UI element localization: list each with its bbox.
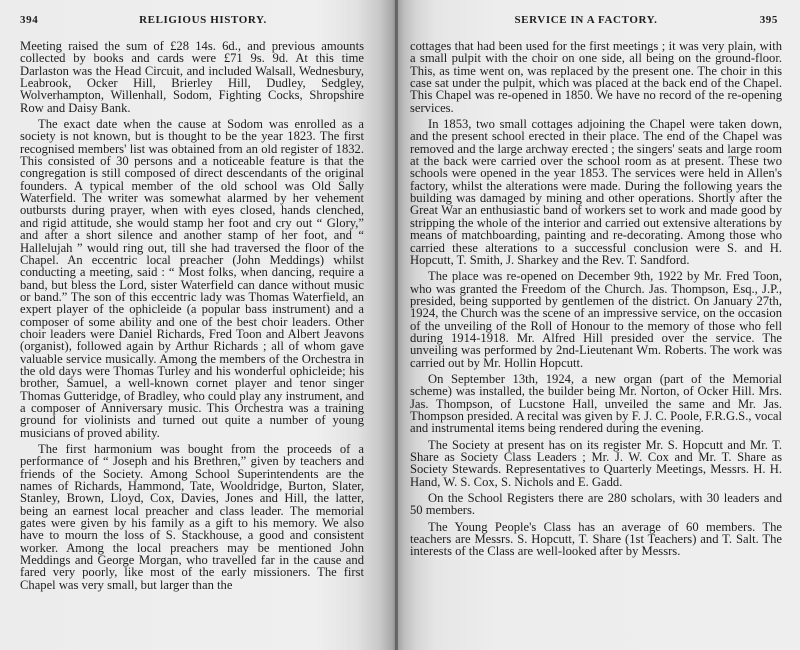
left-page: 394 RELIGIOUS HISTORY. Meeting raised th… <box>0 0 396 650</box>
paragraph: The Society at present has on its regist… <box>410 439 782 488</box>
paragraph: On the School Registers there are 280 sc… <box>410 492 782 517</box>
book-spread: 394 RELIGIOUS HISTORY. Meeting raised th… <box>0 0 800 650</box>
paragraph: Meeting raised the sum of £28 14s. 6d., … <box>20 40 366 114</box>
running-header-right: SERVICE IN A FACTORY. 395 <box>410 14 782 34</box>
paragraph: The Young People's Class has an average … <box>410 521 782 558</box>
page-number: 394 <box>20 14 38 26</box>
running-head-title: RELIGIOUS HISTORY. <box>40 14 366 26</box>
paragraph: In 1853, two small cottages adjoining th… <box>410 118 782 266</box>
running-header-left: 394 RELIGIOUS HISTORY. <box>20 14 366 34</box>
running-head-title: SERVICE IN A FACTORY. <box>410 14 762 26</box>
right-page: SERVICE IN A FACTORY. 395 cottages that … <box>396 0 800 650</box>
paragraph: The place was re-opened on December 9th,… <box>410 270 782 369</box>
paragraph: The exact date when the cause at Sodom w… <box>20 118 366 439</box>
paragraph: cottages that had been used for the firs… <box>410 40 782 114</box>
paragraph: The first harmonium was bought from the … <box>20 443 366 591</box>
book-gutter <box>395 0 398 650</box>
page-number: 395 <box>760 14 778 26</box>
paragraph: On September 13th, 1924, a new organ (pa… <box>410 373 782 435</box>
